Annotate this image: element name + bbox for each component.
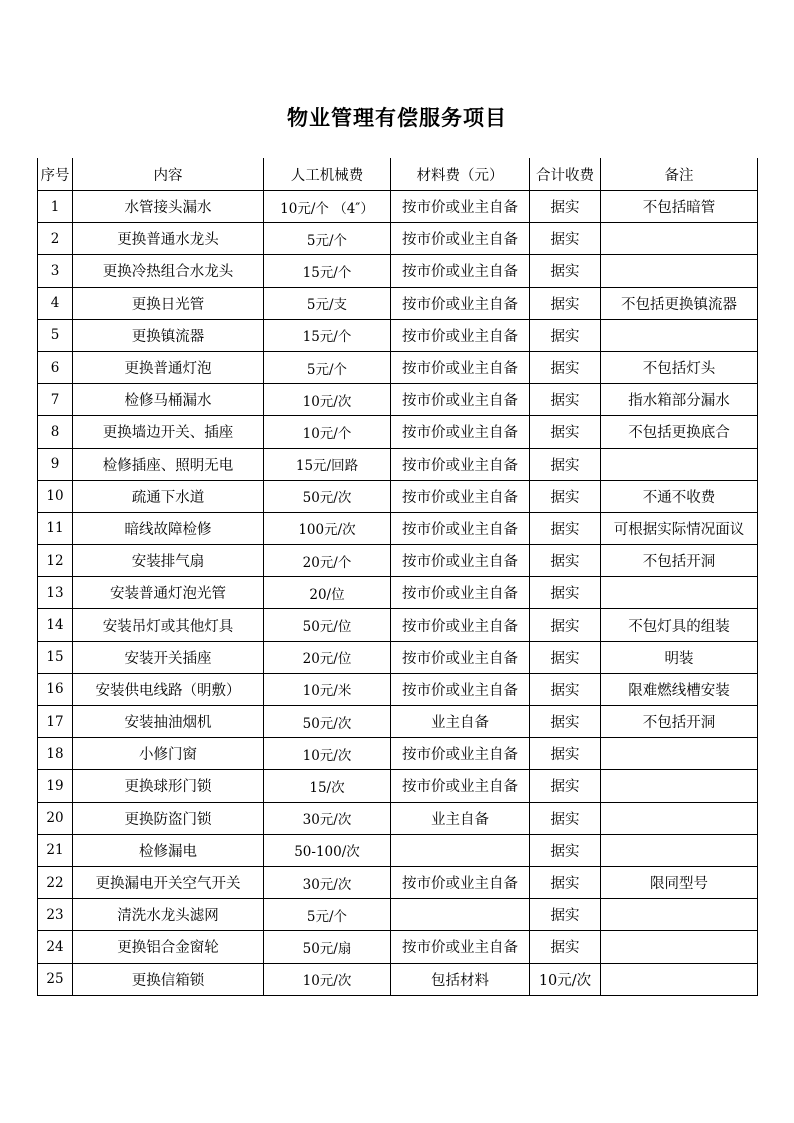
row-labor: 30元/次 xyxy=(264,802,391,834)
row-content: 更换防盗门锁 xyxy=(73,802,264,834)
row-total: 据实 xyxy=(530,384,601,416)
row-total: 据实 xyxy=(530,577,601,609)
row-no: 5 xyxy=(38,319,73,351)
row-total: 据实 xyxy=(530,738,601,770)
table-row: 20更换防盗门锁30元/次业主自备据实 xyxy=(38,802,758,834)
row-note: 不包括开洞 xyxy=(601,706,758,738)
row-labor: 5元/个 xyxy=(264,351,391,383)
table-body: 1水管接头漏水10元/个 （4″）按市价或业主自备据实不包括暗管2更换普通水龙头… xyxy=(38,191,758,996)
row-labor: 50元/位 xyxy=(264,609,391,641)
row-no: 16 xyxy=(38,673,73,705)
table-row: 5更换镇流器15元/个按市价或业主自备据实 xyxy=(38,319,758,351)
row-labor: 10元/次 xyxy=(264,963,391,995)
table-row: 16安装供电线路（明敷）10元/米按市价或业主自备据实限难燃线槽安装 xyxy=(38,673,758,705)
table-row: 12安装排气扇20元/个按市价或业主自备据实不包括开洞 xyxy=(38,545,758,577)
row-no: 8 xyxy=(38,416,73,448)
row-total: 据实 xyxy=(530,480,601,512)
row-no: 3 xyxy=(38,255,73,287)
row-material: 按市价或业主自备 xyxy=(391,770,530,802)
row-material: 按市价或业主自备 xyxy=(391,255,530,287)
row-content: 检修漏电 xyxy=(73,834,264,866)
row-content: 小修门窗 xyxy=(73,738,264,770)
table-row: 23清洗水龙头滤网5元/个据实 xyxy=(38,899,758,931)
row-content: 更换铝合金窗轮 xyxy=(73,931,264,963)
row-total: 据实 xyxy=(530,834,601,866)
row-no: 23 xyxy=(38,899,73,931)
row-content: 安装吊灯或其他灯具 xyxy=(73,609,264,641)
row-note: 不包括灯头 xyxy=(601,351,758,383)
row-no: 22 xyxy=(38,866,73,898)
row-material: 按市价或业主自备 xyxy=(391,738,530,770)
row-note xyxy=(601,448,758,480)
row-note xyxy=(601,963,758,995)
row-content: 水管接头漏水 xyxy=(73,191,264,223)
row-content: 更换冷热组合水龙头 xyxy=(73,255,264,287)
row-total: 据实 xyxy=(530,545,601,577)
row-labor: 15元/个 xyxy=(264,319,391,351)
row-total: 据实 xyxy=(530,706,601,738)
document-title: 物业管理有偿服务项目 xyxy=(0,102,794,132)
row-no: 25 xyxy=(38,963,73,995)
row-labor: 5元/个 xyxy=(264,899,391,931)
header-content: 内容 xyxy=(73,158,264,191)
service-fee-table: 序号 内容 人工机械费 材料费（元） 合计收费 备注 1水管接头漏水10元/个 … xyxy=(37,158,758,996)
row-note: 可根据实际情况面议 xyxy=(601,512,758,544)
row-material: 按市价或业主自备 xyxy=(391,480,530,512)
row-note: 不包括开洞 xyxy=(601,545,758,577)
row-note: 限难燃线槽安装 xyxy=(601,673,758,705)
table-row: 14安装吊灯或其他灯具50元/位按市价或业主自备据实不包灯具的组装 xyxy=(38,609,758,641)
row-no: 20 xyxy=(38,802,73,834)
row-content: 安装普通灯泡光管 xyxy=(73,577,264,609)
row-labor: 10元/个 （4″） xyxy=(264,191,391,223)
row-labor: 50元/扇 xyxy=(264,931,391,963)
row-material: 按市价或业主自备 xyxy=(391,351,530,383)
header-no: 序号 xyxy=(38,158,73,191)
table-row: 13安装普通灯泡光管20/位按市价或业主自备据实 xyxy=(38,577,758,609)
row-labor: 10元/米 xyxy=(264,673,391,705)
row-content: 安装排气扇 xyxy=(73,545,264,577)
row-no: 14 xyxy=(38,609,73,641)
row-material: 业主自备 xyxy=(391,706,530,738)
row-total: 据实 xyxy=(530,899,601,931)
row-material: 按市价或业主自备 xyxy=(391,191,530,223)
row-total: 据实 xyxy=(530,255,601,287)
row-material: 按市价或业主自备 xyxy=(391,448,530,480)
row-no: 21 xyxy=(38,834,73,866)
table-row: 3更换冷热组合水龙头15元/个按市价或业主自备据实 xyxy=(38,255,758,287)
table-row: 8更换墙边开关、插座10元/个按市价或业主自备据实不包括更换底合 xyxy=(38,416,758,448)
row-material: 按市价或业主自备 xyxy=(391,931,530,963)
row-note xyxy=(601,834,758,866)
row-total: 据实 xyxy=(530,512,601,544)
row-no: 17 xyxy=(38,706,73,738)
row-labor: 5元/支 xyxy=(264,287,391,319)
row-content: 更换球形门锁 xyxy=(73,770,264,802)
row-labor: 20元/位 xyxy=(264,641,391,673)
row-total: 据实 xyxy=(530,609,601,641)
row-content: 更换墙边开关、插座 xyxy=(73,416,264,448)
row-total: 据实 xyxy=(530,351,601,383)
row-content: 清洗水龙头滤网 xyxy=(73,899,264,931)
table-row: 6更换普通灯泡5元/个按市价或业主自备据实不包括灯头 xyxy=(38,351,758,383)
row-total: 据实 xyxy=(530,866,601,898)
row-no: 13 xyxy=(38,577,73,609)
row-total: 据实 xyxy=(530,802,601,834)
row-no: 24 xyxy=(38,931,73,963)
row-no: 15 xyxy=(38,641,73,673)
table-row: 24更换铝合金窗轮50元/扇按市价或业主自备据实 xyxy=(38,931,758,963)
row-no: 11 xyxy=(38,512,73,544)
row-content: 更换漏电开关空气开关 xyxy=(73,866,264,898)
row-no: 6 xyxy=(38,351,73,383)
row-note xyxy=(601,577,758,609)
row-material xyxy=(391,834,530,866)
row-content: 更换镇流器 xyxy=(73,319,264,351)
row-material: 按市价或业主自备 xyxy=(391,545,530,577)
row-labor: 50-100/次 xyxy=(264,834,391,866)
row-content: 更换信箱锁 xyxy=(73,963,264,995)
row-content: 更换普通水龙头 xyxy=(73,223,264,255)
row-content: 检修马桶漏水 xyxy=(73,384,264,416)
row-total: 10元/次 xyxy=(530,963,601,995)
table-row: 10疏通下水道50元/次按市价或业主自备据实不通不收费 xyxy=(38,480,758,512)
row-material: 按市价或业主自备 xyxy=(391,609,530,641)
row-material: 按市价或业主自备 xyxy=(391,577,530,609)
row-labor: 20元/个 xyxy=(264,545,391,577)
row-total: 据实 xyxy=(530,191,601,223)
row-material: 按市价或业主自备 xyxy=(391,512,530,544)
table-row: 2更换普通水龙头5元/个按市价或业主自备据实 xyxy=(38,223,758,255)
row-total: 据实 xyxy=(530,287,601,319)
row-material: 按市价或业主自备 xyxy=(391,866,530,898)
row-no: 10 xyxy=(38,480,73,512)
table-row: 1水管接头漏水10元/个 （4″）按市价或业主自备据实不包括暗管 xyxy=(38,191,758,223)
row-no: 19 xyxy=(38,770,73,802)
row-note xyxy=(601,255,758,287)
row-note: 不包灯具的组装 xyxy=(601,609,758,641)
table-row: 7检修马桶漏水10元/次按市价或业主自备据实指水箱部分漏水 xyxy=(38,384,758,416)
table-row: 17安装抽油烟机50元/次业主自备据实不包括开洞 xyxy=(38,706,758,738)
row-no: 9 xyxy=(38,448,73,480)
row-labor: 10元/个 xyxy=(264,416,391,448)
row-note xyxy=(601,319,758,351)
table-header-row: 序号 内容 人工机械费 材料费（元） 合计收费 备注 xyxy=(38,158,758,191)
row-material: 业主自备 xyxy=(391,802,530,834)
row-labor: 50元/次 xyxy=(264,706,391,738)
row-labor: 5元/个 xyxy=(264,223,391,255)
row-content: 检修插座、照明无电 xyxy=(73,448,264,480)
table-row: 11暗线故障检修100元/次按市价或业主自备据实可根据实际情况面议 xyxy=(38,512,758,544)
row-labor: 15/次 xyxy=(264,770,391,802)
row-material: 按市价或业主自备 xyxy=(391,384,530,416)
row-labor: 10元/次 xyxy=(264,738,391,770)
row-note xyxy=(601,931,758,963)
table-row: 4更换日光管5元/支按市价或业主自备据实不包括更换镇流器 xyxy=(38,287,758,319)
row-total: 据实 xyxy=(530,319,601,351)
row-labor: 100元/次 xyxy=(264,512,391,544)
row-no: 4 xyxy=(38,287,73,319)
header-labor: 人工机械费 xyxy=(264,158,391,191)
table-row: 22更换漏电开关空气开关30元/次按市价或业主自备据实限同型号 xyxy=(38,866,758,898)
row-labor: 15元/个 xyxy=(264,255,391,287)
row-no: 18 xyxy=(38,738,73,770)
row-content: 疏通下水道 xyxy=(73,480,264,512)
row-labor: 50元/次 xyxy=(264,480,391,512)
row-labor: 30元/次 xyxy=(264,866,391,898)
row-labor: 15元/回路 xyxy=(264,448,391,480)
row-content: 安装开关插座 xyxy=(73,641,264,673)
row-material: 按市价或业主自备 xyxy=(391,641,530,673)
row-total: 据实 xyxy=(530,931,601,963)
table-row: 18小修门窗10元/次按市价或业主自备据实 xyxy=(38,738,758,770)
row-no: 7 xyxy=(38,384,73,416)
row-total: 据实 xyxy=(530,673,601,705)
row-no: 12 xyxy=(38,545,73,577)
row-content: 安装供电线路（明敷） xyxy=(73,673,264,705)
row-material xyxy=(391,899,530,931)
row-note xyxy=(601,802,758,834)
row-note: 不包括更换底合 xyxy=(601,416,758,448)
row-material: 按市价或业主自备 xyxy=(391,416,530,448)
row-labor: 10元/次 xyxy=(264,384,391,416)
row-material: 包括材料 xyxy=(391,963,530,995)
row-note: 不包括更换镇流器 xyxy=(601,287,758,319)
row-material: 按市价或业主自备 xyxy=(391,673,530,705)
row-note xyxy=(601,738,758,770)
header-material: 材料费（元） xyxy=(391,158,530,191)
row-content: 更换普通灯泡 xyxy=(73,351,264,383)
row-total: 据实 xyxy=(530,448,601,480)
header-note: 备注 xyxy=(601,158,758,191)
row-material: 按市价或业主自备 xyxy=(391,287,530,319)
row-note xyxy=(601,223,758,255)
row-material: 按市价或业主自备 xyxy=(391,223,530,255)
row-content: 暗线故障检修 xyxy=(73,512,264,544)
row-content: 更换日光管 xyxy=(73,287,264,319)
row-total: 据实 xyxy=(530,770,601,802)
row-note: 限同型号 xyxy=(601,866,758,898)
row-note: 指水箱部分漏水 xyxy=(601,384,758,416)
table-row: 21检修漏电50-100/次据实 xyxy=(38,834,758,866)
row-total: 据实 xyxy=(530,641,601,673)
row-material: 按市价或业主自备 xyxy=(391,319,530,351)
row-total: 据实 xyxy=(530,223,601,255)
row-total: 据实 xyxy=(530,416,601,448)
table-row: 15安装开关插座20元/位按市价或业主自备据实明装 xyxy=(38,641,758,673)
row-no: 2 xyxy=(38,223,73,255)
row-no: 1 xyxy=(38,191,73,223)
table-row: 25更换信箱锁10元/次包括材料10元/次 xyxy=(38,963,758,995)
row-note xyxy=(601,770,758,802)
row-content: 安装抽油烟机 xyxy=(73,706,264,738)
header-total: 合计收费 xyxy=(530,158,601,191)
row-note: 不通不收费 xyxy=(601,480,758,512)
table-row: 9检修插座、照明无电15元/回路按市价或业主自备据实 xyxy=(38,448,758,480)
row-note: 不包括暗管 xyxy=(601,191,758,223)
row-labor: 20/位 xyxy=(264,577,391,609)
row-note xyxy=(601,899,758,931)
table-row: 19更换球形门锁15/次按市价或业主自备据实 xyxy=(38,770,758,802)
row-note: 明装 xyxy=(601,641,758,673)
